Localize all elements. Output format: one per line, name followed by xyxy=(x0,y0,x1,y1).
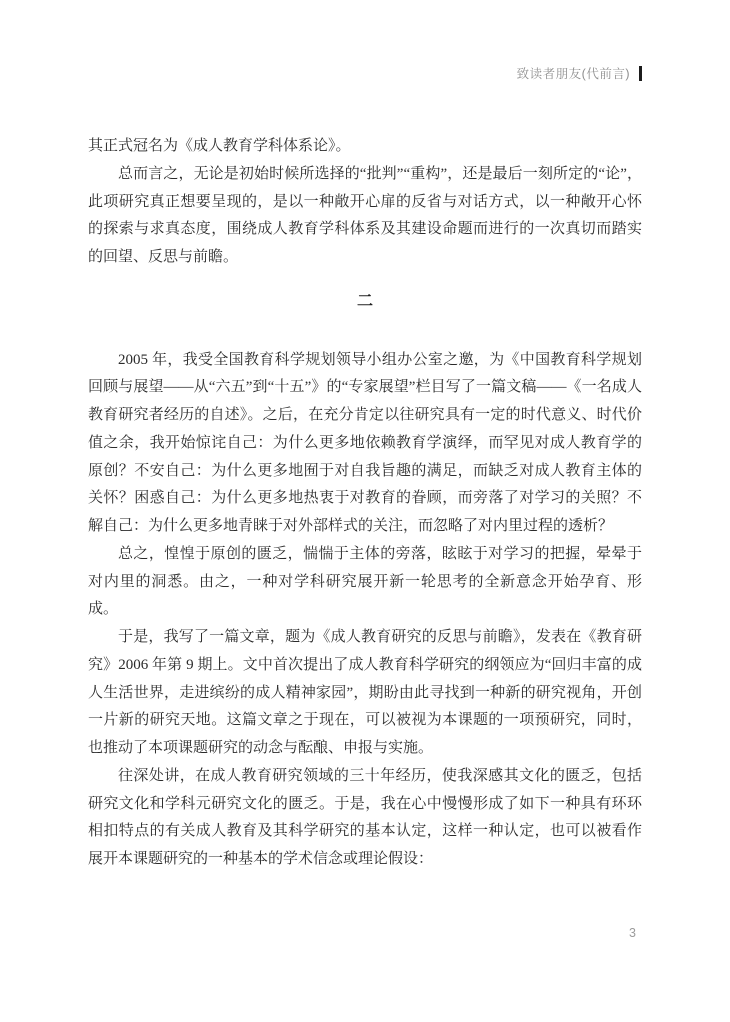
paragraph-continuation: 其正式冠名为《成人教育学科体系论》。 xyxy=(88,133,642,161)
page-number: 3 xyxy=(629,926,636,940)
paragraph: 总之，惶惶于原创的匮乏，惴惴于主体的旁落，眩眩于对学习的把握，晕晕于对内里的洞悉… xyxy=(88,541,642,624)
running-header-title: 致读者朋友(代前言) xyxy=(517,64,630,82)
paragraph: 往深处讲，在成人教育研究领域的三十年经历，使我深感其文化的匮乏，包括研究文化和学… xyxy=(88,763,642,874)
paragraph: 总而言之，无论是初始时候所选择的“批判”“重构”，还是最后一刻所定的“论”，此项… xyxy=(88,161,642,272)
page-content: 其正式冠名为《成人教育学科体系论》。 总而言之，无论是初始时候所选择的“批判”“… xyxy=(88,133,642,874)
section-heading: 二 xyxy=(88,288,642,316)
running-header: 致读者朋友(代前言) xyxy=(517,64,642,82)
book-page: 致读者朋友(代前言) 其正式冠名为《成人教育学科体系论》。 总而言之，无论是初始… xyxy=(0,0,730,1022)
paragraph: 于是，我写了一篇文章，题为《成人教育研究的反思与前瞻》，发表在《教育研究》200… xyxy=(88,624,642,763)
paragraph: 2005 年，我受全国教育科学规划领导小组办公室之邀，为《中国教育科学规划回顾与… xyxy=(88,347,642,541)
header-divider-bar xyxy=(639,66,642,81)
